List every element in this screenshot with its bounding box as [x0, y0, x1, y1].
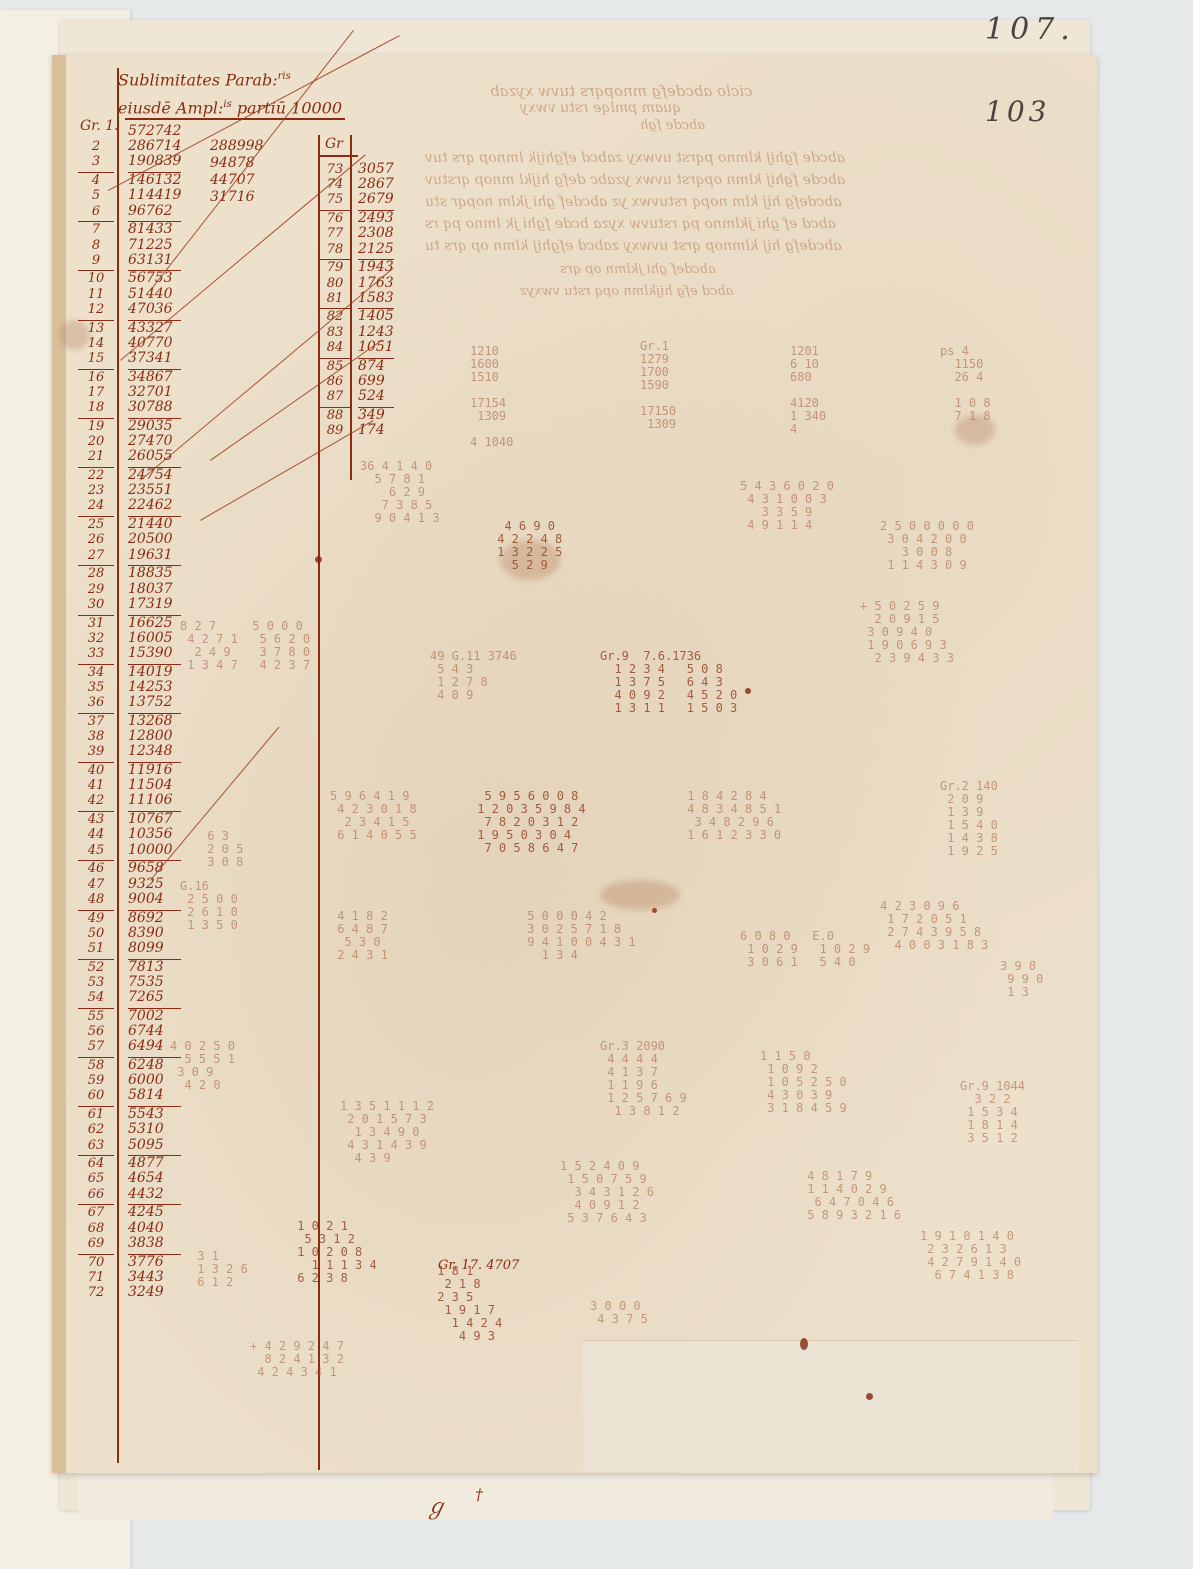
value-cell: 23551 [128, 483, 181, 498]
degree-cell: 3 [78, 154, 114, 169]
value-cell: 114419 [128, 188, 181, 203]
degree-cell: 80 [320, 276, 350, 291]
degree-cell: 15 [78, 351, 114, 366]
degree-cell: 81 [320, 291, 350, 306]
degree-cell: 25 [78, 516, 114, 532]
value-cell: 16005 [128, 631, 181, 646]
degree-cell: 75 [320, 192, 350, 207]
faint-calculation: 49 G.11 3746 5 4 3 1 2 7 8 4 0 9 [430, 650, 517, 702]
degree-cell: 50 [78, 926, 114, 941]
faint-calculation: 3 9 8 9 9 0 1 3 [1000, 960, 1043, 999]
degree-cell: 18 [78, 400, 114, 415]
degree-cell: 6 [78, 204, 114, 219]
value-cell: 29035 [128, 418, 181, 434]
calculation-block: 5 9 5 6 0 0 8 1 2 0 3 5 9 8 4 7 8 2 0 3 … [470, 790, 586, 855]
value-cell: 3249 [128, 1285, 181, 1300]
value-cell: 2679 [358, 192, 394, 207]
value-cell: 34867 [128, 369, 181, 385]
faint-calculation: 1 8 4 2 8 4 4 8 3 4 8 5 1 3 4 8 2 9 6 1 … [680, 790, 781, 842]
degree-cell: 71 [78, 1270, 114, 1285]
degree-cell: 7 [78, 221, 114, 237]
faint-calculation: 3 1 1 3 2 6 6 1 2 [190, 1250, 248, 1289]
faint-calculation: G.16 2 5 0 0 2 6 1 0 1 3 5 0 [180, 880, 238, 932]
degree-cell: 66 [78, 1187, 114, 1202]
value-cell: 4654 [128, 1171, 181, 1186]
value-cell: 22462 [128, 498, 181, 513]
ink-blot [866, 1393, 873, 1400]
faint-calculation: 5 0 0 0 4 2 3 0 2 5 7 1 8 9 4 1 0 0 4 3 … [520, 910, 636, 962]
degree-cell: 58 [78, 1057, 114, 1073]
degree-cell: 49 [78, 910, 114, 926]
value-cell: 7265 [128, 990, 181, 1005]
value-cell: 12800 [128, 729, 181, 744]
degree-cell: 30 [78, 597, 114, 612]
value-cell: 13268 [128, 713, 181, 729]
value-cell: 27470 [128, 434, 181, 449]
faint-calculation: ps 4 1150 26 4 1 0 8 7 1 8 [940, 345, 991, 423]
degree-cell: 29 [78, 582, 114, 597]
degree-cell: 42 [78, 793, 114, 808]
calculation-block: 1 8 1 2 1 8 2 3 5 1 9 1 7 1 4 2 4 4 9 3 [430, 1265, 502, 1343]
lower-backing-strip [78, 1470, 1053, 1520]
title-line-2: eiusdē Ampl: [118, 99, 223, 118]
value-cell: 51440 [128, 287, 181, 302]
old-folio-number: 103 [985, 95, 1050, 128]
value-cell: 2308 [358, 226, 394, 241]
value-cell: 6744 [128, 1024, 181, 1039]
value-cell: 2493 [358, 210, 394, 226]
right-value-column: 3057286726792493230821251943176315831405… [358, 162, 394, 438]
degree-cell: 70 [78, 1254, 114, 1270]
degree-cell: 45 [78, 843, 114, 858]
stain [600, 880, 680, 910]
degree-cell: 2 [78, 139, 114, 154]
value-cell: 18835 [128, 565, 181, 581]
degree-cell: 31 [78, 615, 114, 631]
degree-cell: 48 [78, 892, 114, 907]
degree-cell: 24 [78, 498, 114, 513]
faint-calculation: 8 2 7 5 0 0 0 4 2 7 1 5 6 2 0 2 4 9 3 7 … [180, 620, 310, 672]
degree-cell: 23 [78, 483, 114, 498]
value-cell: 4245 [128, 1204, 181, 1220]
value-cell: 11504 [128, 778, 181, 793]
value-cell: 43327 [128, 320, 181, 336]
table-title: Sublimitates Parab:ris eiusdē Ampl:is pa… [118, 64, 342, 121]
value-cell: 10767 [128, 811, 181, 827]
degree-cell: 17 [78, 385, 114, 400]
value-cell: 16625 [128, 615, 181, 631]
faint-calculation: Gr.9 1044 3 2 2 1 5 3 4 1 8 1 4 3 5 1 2 [960, 1080, 1025, 1145]
value-cell: 4432 [128, 1187, 181, 1202]
value-cell: 9325 [128, 877, 181, 892]
degree-cell: 79 [320, 259, 350, 275]
faint-calculation: 5 4 3 6 0 2 0 4 3 1 0 0 3 3 3 5 9 4 9 1 … [740, 480, 834, 532]
degree-cell: 65 [78, 1171, 114, 1186]
value-cell: 17319 [128, 597, 181, 612]
title-superscript-2: is [223, 99, 231, 110]
degree-cell: 87 [320, 389, 350, 404]
faint-calculation: Gr.2 140 2 0 9 1 3 9 1 5 4 0 1 4 3 8 1 9… [940, 780, 998, 858]
degree-cell: 35 [78, 680, 114, 695]
difference-column: 288998 94878 44707 31716 [210, 138, 263, 206]
degree-cell: 86 [320, 374, 350, 389]
stain [500, 540, 560, 580]
value-cell: 5543 [128, 1106, 181, 1122]
degree-cell: 41 [78, 778, 114, 793]
degree-cell: 46 [78, 860, 114, 876]
degree-cell: 38 [78, 729, 114, 744]
faint-calculation: Gr.3 2090 4 4 4 4 4 1 3 7 1 1 9 6 1 2 5 … [600, 1040, 687, 1118]
degree-cell: 64 [78, 1155, 114, 1171]
degree-cell: 68 [78, 1221, 114, 1236]
value-cell: 37341 [128, 351, 181, 366]
value-cell: 1243 [358, 325, 394, 340]
value-cell: 81433 [128, 221, 181, 237]
faint-calculation: + 4 2 9 2 4 7 8 2 4 1 3 2 4 2 4 3 4 1 [250, 1340, 344, 1379]
degree-cell: 33 [78, 646, 114, 661]
left-degree-column: 2345678910111213141516171819202122232425… [78, 124, 114, 1300]
value-cell: 11106 [128, 793, 181, 808]
degree-cell: 37 [78, 713, 114, 729]
degree-cell: 60 [78, 1088, 114, 1103]
value-cell: 71225 [128, 238, 181, 253]
faint-calculation: 1210 1600 1510 17154 1309 4 1040 [470, 345, 513, 449]
value-cell: 5310 [128, 1122, 181, 1137]
value-cell: 15390 [128, 646, 181, 661]
value-cell: 2867 [358, 177, 394, 192]
right-header-rule [318, 155, 358, 157]
value-cell: 18037 [128, 582, 181, 597]
degree-cell: 10 [78, 270, 114, 286]
degree-cell: 39 [78, 744, 114, 759]
value-cell: 10356 [128, 827, 181, 842]
faint-calculation: 6 3 2 0 5 3 0 8 [200, 830, 243, 869]
degree-cell: 16 [78, 369, 114, 385]
value-cell: 32701 [128, 385, 181, 400]
value-cell: 4877 [128, 1155, 181, 1171]
value-cell: 1405 [358, 308, 394, 324]
degree-cell: 19 [78, 418, 114, 434]
folio-number: 107. [985, 12, 1076, 47]
gr17-label: Gr. 17. 4707 [438, 1258, 519, 1273]
faint-calculation: 4 8 1 7 9 1 1 4 0 2 9 6 4 7 0 4 6 5 8 9 … [800, 1170, 901, 1222]
degree-cell [78, 124, 114, 139]
value-cell: 7535 [128, 975, 181, 990]
degree-cell: 9 [78, 253, 114, 268]
value-cell: 19631 [128, 548, 181, 563]
degree-cell: 88 [320, 407, 350, 423]
value-cell: 3443 [128, 1270, 181, 1285]
difference-value: 288998 [210, 138, 263, 155]
degree-cell: 53 [78, 975, 114, 990]
calculation-block: Gr.9 7.6.1736 1 2 3 4 5 0 8 1 3 7 5 6 4 … [600, 650, 737, 715]
sheet-left-edge [52, 55, 66, 1473]
value-cell: 24754 [128, 467, 181, 483]
value-cell: 3838 [128, 1236, 181, 1251]
degree-cell: 55 [78, 1008, 114, 1024]
degree-cell: 69 [78, 1236, 114, 1251]
value-cell: 190839 [128, 154, 181, 169]
value-cell: 9004 [128, 892, 181, 907]
degree-cell: 62 [78, 1122, 114, 1137]
faint-calculation: 4 1 8 2 6 4 8 7 5 3 0 2 4 3 1 [330, 910, 388, 962]
degree-cell: 83 [320, 325, 350, 340]
degree-cell: 34 [78, 664, 114, 680]
stain [955, 415, 995, 445]
stain [60, 320, 90, 350]
degree-cell: 40 [78, 762, 114, 778]
value-cell: 30788 [128, 400, 181, 415]
value-cell: 14019 [128, 664, 181, 680]
value-cell: 14253 [128, 680, 181, 695]
degree-cell: 44 [78, 827, 114, 842]
value-cell: 8390 [128, 926, 181, 941]
degree-cell: 21 [78, 449, 114, 464]
ink-blot [800, 1338, 808, 1350]
degree-cell: 8 [78, 238, 114, 253]
faint-calculation: 4 0 2 5 0 5 5 5 1 3 0 9 4 2 0 [170, 1040, 235, 1092]
right-degree-column: 7374757677787980818283848586878889 [320, 162, 350, 438]
title-line-1: Sublimitates Parab: [118, 70, 278, 89]
degree-cell: 77 [320, 226, 350, 241]
faint-calculation: 6 0 8 0 E.0 1 0 2 9 1 0 2 9 3 0 6 1 5 4 … [740, 930, 870, 969]
title-superscript-1: ris [278, 71, 291, 82]
value-cell: 2125 [358, 242, 394, 257]
faint-calculation: 36 4 1 4 0 5 7 8 1 6 2 9 7 3 8 5 9 0 4 1… [360, 460, 439, 525]
value-cell: 5095 [128, 1138, 181, 1153]
value-cell: 11916 [128, 762, 181, 778]
faint-calculation: 4 2 3 0 9 6 1 7 2 0 5 1 2 7 4 3 9 5 8 4 … [880, 900, 988, 952]
faint-calculation: + 5 0 2 5 9 2 0 9 1 5 3 0 9 4 0 1 9 0 6 … [860, 600, 954, 665]
difference-value: 94878 [210, 155, 263, 172]
ink-blot [745, 688, 751, 694]
degree-cell: 67 [78, 1204, 114, 1220]
value-cell: 8099 [128, 941, 181, 956]
faint-calculation: 3 0 0 0 4 3 7 5 [590, 1300, 648, 1326]
title-line-2-rest: partiū 10000 [237, 99, 342, 118]
faint-calculation: 1 3 5 1 1 1 2 2 0 1 5 7 3 1 3 4 9 0 4 3 … [340, 1100, 434, 1165]
value-cell: 699 [358, 374, 394, 389]
value-cell: 524 [358, 389, 394, 404]
ink-blot [315, 556, 322, 563]
value-cell: 572742 [128, 124, 181, 139]
degree-cell: 4 [78, 172, 114, 188]
degree-cell: 61 [78, 1106, 114, 1122]
degree-cell: 11 [78, 287, 114, 302]
value-cell: 8692 [128, 910, 181, 926]
degree-cell: 28 [78, 565, 114, 581]
value-cell: 20500 [128, 532, 181, 547]
value-cell: 4040 [128, 1221, 181, 1236]
bottom-ink-mark: ℊ [425, 1490, 447, 1521]
value-cell: 40770 [128, 336, 181, 351]
faint-calculation: Gr.1 1279 1700 1590 17150 1309 [640, 340, 676, 431]
value-cell: 96762 [128, 204, 181, 219]
calculation-block: 1 0 2 1 5 3 1 2 1 0 2 0 8 1 1 1 3 4 6 2 … [290, 1220, 377, 1285]
degree-cell: 52 [78, 959, 114, 975]
degree-cell: 20 [78, 434, 114, 449]
degree-cell: 32 [78, 631, 114, 646]
right-column-rule-inner [350, 135, 352, 480]
faint-calculation: 1 9 1 0 1 4 0 2 3 2 6 1 3 4 2 7 9 1 4 0 … [920, 1230, 1021, 1282]
value-cell: 3776 [128, 1254, 181, 1270]
degree-cell: 43 [78, 811, 114, 827]
degree-cell: 84 [320, 340, 350, 355]
degree-cell: 47 [78, 877, 114, 892]
degree-cell: 22 [78, 467, 114, 483]
degree-cell: 26 [78, 532, 114, 547]
faint-calculation: 1 1 5 0 1 0 9 2 1 0 5 2 5 0 4 3 0 3 9 3 … [760, 1050, 847, 1115]
degree-cell: 78 [320, 242, 350, 257]
degree-cell: 36 [78, 695, 114, 710]
faint-calculation: 2 5 0 0 0 0 0 3 0 4 2 0 0 3 0 0 8 1 1 4 … [880, 520, 974, 572]
degree-cell: 51 [78, 941, 114, 956]
table-rule-header [125, 118, 345, 120]
value-cell: 349 [358, 407, 394, 423]
table-rule-vertical [117, 68, 119, 1463]
bottom-ink-mark: † [475, 1485, 483, 1504]
paper-repair-patch [583, 1340, 1078, 1471]
value-cell: 7813 [128, 959, 181, 975]
left-value-column: 5727422867141908391461321144199676281433… [128, 124, 181, 1300]
degree-cell: 12 [78, 302, 114, 317]
faint-calculation: 1201 6 10 680 4120 1 340 4 [790, 345, 826, 436]
gr-header-right: Gr [325, 136, 343, 152]
degree-cell: 76 [320, 210, 350, 226]
degree-cell: 54 [78, 990, 114, 1005]
faint-calculation: 5 9 6 4 1 9 4 2 3 0 1 8 2 3 4 1 5 6 1 4 … [330, 790, 417, 842]
degree-cell: 56 [78, 1024, 114, 1039]
value-cell: 7002 [128, 1008, 181, 1024]
value-cell: 286714 [128, 139, 181, 154]
faint-calculation: 1 5 2 4 0 9 1 5 0 7 5 9 3 4 3 1 2 6 4 0 … [560, 1160, 654, 1225]
degree-cell: 72 [78, 1285, 114, 1300]
degree-cell: 59 [78, 1073, 114, 1088]
value-cell: 13752 [128, 695, 181, 710]
value-cell: 12348 [128, 744, 181, 759]
value-cell: 874 [358, 358, 394, 374]
value-cell: 3057 [358, 162, 394, 177]
degree-cell: 63 [78, 1138, 114, 1153]
value-cell: 21440 [128, 516, 181, 532]
degree-cell: 27 [78, 548, 114, 563]
degree-cell: 57 [78, 1039, 114, 1054]
